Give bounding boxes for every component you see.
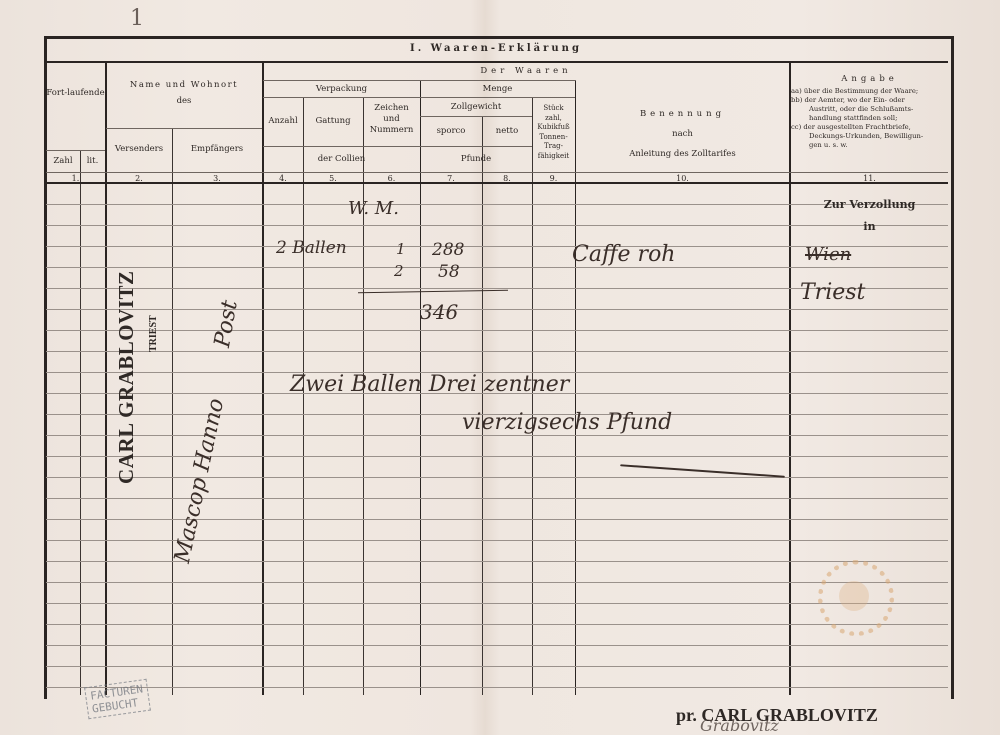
quantity-handwritten: 2 Ballen [276,238,347,258]
header-angabe: Angabe aa) über die Bestimmung der Waare… [791,74,948,150]
col-number-6: 6. [363,173,420,184]
header-benennung-1: Benennung [576,104,789,124]
col-number-8: 8. [482,173,532,184]
page-marker: 1 [130,6,144,31]
goods-description: Caffe roh [572,242,675,267]
sporco-value-2: 58 [438,262,460,282]
header-netto: netto [482,126,532,137]
header-pfunde: Pfunde [420,154,532,165]
header-benennung-3: Anleitung des Zolltarifes [576,144,789,164]
header-angabe-bb2: Austritt, oder die Schlußamts- [791,105,948,114]
sporco-value-1: 288 [432,240,464,260]
header-angabe-cc1: cc) der ausgestellten Frachtbriefe, [791,123,948,132]
header-stueck-4: Tonnen- [532,133,575,143]
header-gattung: Gattung [303,116,363,127]
col-number-1: 1. [46,173,105,184]
col-number-2: 2. [106,173,172,184]
amount-words-1: Zwei Ballen Drei zentner [290,372,569,397]
sender-city: TRIEST [148,315,159,352]
header-stueck-5: Trag- [532,142,575,152]
sporco-index-1: 1 [396,240,406,258]
header-angabe-title: Angabe [791,74,948,85]
customs-seal-center [839,581,869,611]
header-zeichen-1: Zeichen [363,103,420,114]
header-rule [420,97,575,98]
sporco-total: 346 [420,300,458,324]
header-benennung-2: nach [576,124,789,144]
header-rule [263,80,576,81]
col-number-11: 11. [791,173,948,184]
form-title: I. Waaren-Erklärung [44,43,948,54]
header-der-collien: der Collien [263,154,420,165]
header-fortlaufende-text: Fort-laufende [46,88,104,98]
col-number-5: 5. [303,173,363,184]
header-fortlaufende: Fort-laufende [46,88,105,99]
header-angabe-aa: aa) über die Bestimmung der Waare; [791,87,948,96]
header-angabe-bb3: handlung stattfinden soll; [791,114,948,123]
header-rule [420,116,532,117]
header-zeichen-3: Nummern [363,125,420,136]
header-zollgewicht: Zollgewicht [420,102,532,113]
header-stueckzahl: Stück zahl, Kubikfuß Tonnen- Trag- fähig… [532,104,575,161]
header-anzahl: Anzahl [263,116,303,127]
customs-seal-stamp [818,560,894,636]
header-zeichen: Zeichen und Nummern [363,103,420,136]
header-rule [46,150,105,151]
header-sporco: sporco [420,126,482,137]
destination-handwritten: Triest [800,280,865,305]
col-number-9: 9. [532,173,575,184]
verzollung-label: Zur Verzollung [791,199,948,210]
header-stueck-1: Stück [532,104,575,114]
header-angabe-cc2: Deckungs-Urkunden, Bewilligun- [791,132,948,141]
header-stueck-2: zahl, [532,114,575,124]
col-number-3: 3. [172,173,262,184]
header-angabe-bb1: bb) der Aemter, wo der Ein- oder [791,96,948,105]
marks-handwritten: W. M. [348,198,399,219]
verzollung-in: in [791,221,948,232]
header-rule [263,146,420,147]
header-menge: Menge [420,84,575,95]
amount-words-2: vierzigsechs Pfund [462,410,672,435]
col-number-7: 7. [420,173,482,184]
header-der-waaren: Der Waaren [263,66,789,77]
header-empfaengers: Empfängers [172,144,262,155]
header-stueck-3: Kubikfuß [532,123,575,133]
header-stueck-6: fähigkeit [532,152,575,162]
header-zahl: Zahl [46,156,80,167]
sender-printed: CARL GRABLOVITZ [114,271,139,484]
header-zeichen-2: und [363,114,420,125]
header-rule [106,128,262,129]
footer-signature-handwritten: Grabovitz [700,716,779,735]
header-verpackung: Verpackung [263,84,420,95]
crossed-out-destination: Wien [805,244,851,265]
header-angabe-cc3: gen u. s. w. [791,141,948,150]
header-lit: lit. [80,156,105,167]
header-benennung: Benennung nach Anleitung des Zolltarifes [576,104,789,164]
col-number-10: 10. [576,173,789,184]
title-divider [46,61,948,63]
col-number-4: 4. [263,173,303,184]
header-des: des [106,96,262,107]
sporco-index-2: 2 [394,262,404,280]
header-rule [420,146,532,147]
header-name-wohnort: Name und Wohnort [106,80,262,91]
header-versenders: Versenders [106,144,172,155]
